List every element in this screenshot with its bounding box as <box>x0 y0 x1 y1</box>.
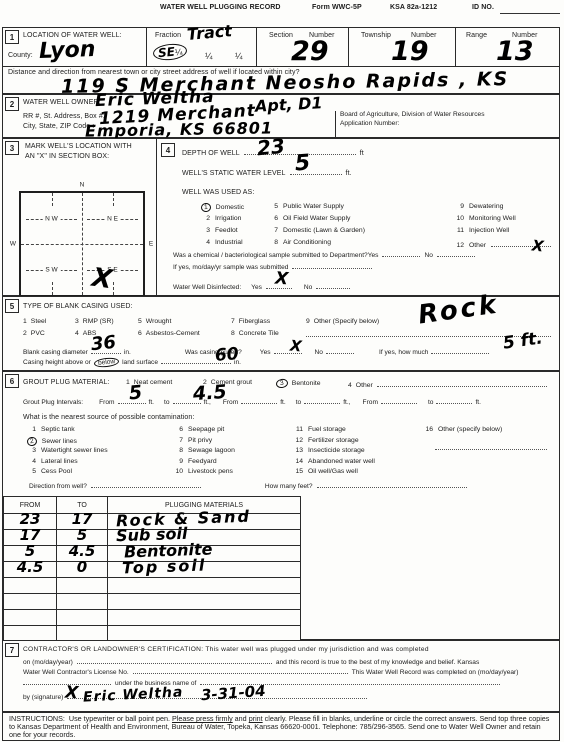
section-3-number-box: 3 <box>5 141 19 155</box>
used-as-label: WELL WAS USED AS: <box>182 189 254 196</box>
section-box-grid: N W N E S W S E N S W E X <box>19 191 145 297</box>
casing-title: TYPE OF BLANK CASING USED: <box>23 303 133 310</box>
grout-bentonite-item: 3Bentonite <box>276 379 321 388</box>
grid-north-label: N <box>77 182 88 189</box>
contamination-label: What is the nearest source of possible c… <box>23 414 194 421</box>
used-public-label: Public Water Supply <box>283 203 344 210</box>
completed-on-label: on (mo/day/year) <box>23 659 73 666</box>
cont-insecticide-label: Insecticide storage <box>308 447 365 454</box>
pulled-no-label: No <box>315 349 323 356</box>
license-no-label: Water Well Contractor's License No. <box>23 669 129 676</box>
interval1-to-label: to <box>164 399 170 406</box>
row3-from: 5 <box>4 544 56 559</box>
distance-row: Distance and direction from nearest town… <box>3 66 559 95</box>
interval2-from-unit: ft. <box>280 399 286 406</box>
casing-pvc-item: 2PVC <box>23 330 45 337</box>
section-7-certification: 7 CONTRACTOR'S OR LANDOWNER'S CERTIFICAT… <box>2 640 560 712</box>
cont-cesspool-number: 5 <box>27 468 36 475</box>
id-no-label: ID NO. <box>472 4 494 11</box>
sample-no-x-mark: X <box>531 238 544 254</box>
fraction-quarter-3: ¼ <box>235 51 243 61</box>
contamination-col3: 11Fuel storage 12Fertilizer storage 13In… <box>291 426 375 479</box>
section-5-casing: 5 TYPE OF BLANK CASING USED: 1Steel 3RMP… <box>2 296 560 371</box>
section-2-number-box: 2 <box>5 97 19 111</box>
interval1-from-unit: ft. <box>149 399 155 406</box>
cont-watertight-number: 3 <box>27 447 36 454</box>
casing-height-line: Casing height above or below land surfac… <box>23 356 241 367</box>
casing-other-value-handwritten: Rock <box>417 291 501 328</box>
used-irrigation-label: Irrigation <box>215 215 241 222</box>
interval3-from-label: From <box>363 399 378 406</box>
section-3-4-row: 3 MARK WELL'S LOCATION WITH AN "X" IN SE… <box>2 138 560 296</box>
casing-diameter-label: Blank casing diameter <box>23 349 88 356</box>
completed-on-dotted <box>77 656 272 664</box>
interval2-to-unit: ft., <box>343 399 350 406</box>
section-6-grout: 6 GROUT PLUG MATERIAL: 1Neat cement 2Cem… <box>2 371 560 640</box>
static-level-line: WELL'S STATIC WATER LEVEL ft. <box>182 167 352 177</box>
grid-west-label: W <box>7 241 19 248</box>
casing-rmp-number: 3 <box>75 318 79 325</box>
fraction-se-circled: SE¼ <box>152 42 188 62</box>
grid-stub-bottom-right <box>113 282 114 295</box>
city-value-handwritten: Emporia, KS 66801 <box>85 120 273 139</box>
row1-from: 23 <box>4 512 56 527</box>
depth-label: DEPTH OF WELL <box>182 150 240 157</box>
grout-other-label: Other <box>356 382 373 389</box>
static-unit: ft. <box>346 170 352 177</box>
disinfected-yes-x-mark: X <box>274 271 288 289</box>
contamination-col2: 6Seepage pit 7Pit privy 8Sewage lagoon 9… <box>173 426 235 479</box>
form-title: WATER WELL PLUGGING RECORD <box>160 4 281 11</box>
if-yes-dotted <box>292 261 372 269</box>
grout-intervals-line: Grout Plug Intervals: From ft. to ft., F… <box>23 396 481 406</box>
certification-line1: CONTRACTOR'S OR LANDOWNER'S CERTIFICATIO… <box>23 646 429 653</box>
county-label: County: <box>8 52 33 59</box>
casing-other-label: Other (Specify below) <box>314 318 379 325</box>
township-cell: Township Number 19 <box>348 28 456 66</box>
casing-other-item: 9Other (Specify below) <box>306 318 379 325</box>
fraction-cell: Fraction Tract SE¼ ¼ ¼ <box>146 28 257 66</box>
casing-height-label-start: Casing height above or <box>23 359 91 366</box>
casing-fiberglass-label: Fiberglass <box>239 318 270 325</box>
interval3-to-label: to <box>428 399 434 406</box>
range-label: Range <box>466 32 487 39</box>
interval1-from-handwritten: 5 <box>128 383 143 403</box>
used-irrigation-number: 2 <box>201 215 210 222</box>
board-block: Board of Agriculture, Division of Water … <box>335 111 560 137</box>
cont-privy-label: Pit privy <box>188 437 212 444</box>
sample-no-dotted <box>437 249 475 257</box>
casing-steel-number: 1 <box>23 318 27 325</box>
cont-sewer-number-circled: 2 <box>26 436 37 446</box>
interval2-to-dotted <box>304 396 340 404</box>
section-value-handwritten: 29 <box>291 38 329 65</box>
casing-wrought-label: Wrought <box>146 318 172 325</box>
county-cell: 1 LOCATION OF WATER WELL: County: Lyon <box>3 28 146 66</box>
signature-x-mark: X <box>64 685 78 703</box>
section-1-number-box: 1 <box>5 30 19 44</box>
used-industrial-number: 4 <box>201 239 210 246</box>
range-cell: Range Number 13 <box>455 28 560 66</box>
disinfected-label: Water Well Disinfected: <box>173 284 241 291</box>
casing-fiberglass-number: 7 <box>231 318 235 325</box>
well-location-x-mark: X <box>90 265 113 294</box>
section-1-location: 1 LOCATION OF WATER WELL: County: Lyon F… <box>2 27 560 94</box>
fraction-se-handwritten: SE <box>157 46 175 60</box>
used-injection-label: Injection Well <box>469 227 509 234</box>
cont-seepage-label: Seepage pit <box>188 426 224 433</box>
casing-other-number: 9 <box>306 318 310 325</box>
casing-asbestos-number: 6 <box>138 330 142 337</box>
contamination-col4: 16Other (specify below) <box>421 426 547 455</box>
row2-to: 5 <box>57 528 107 543</box>
cont-privy-number: 7 <box>173 437 183 444</box>
grout-other-dotted <box>377 379 547 387</box>
cont-septic-label: Septic tank <box>41 426 75 433</box>
contamination-col1: 1Septic tank 2Sewer lines 3Watertight se… <box>27 426 108 479</box>
grout-intervals-label: Grout Plug Intervals: <box>23 399 83 406</box>
township-value-handwritten: 19 <box>391 38 429 65</box>
static-level-label: WELL'S STATIC WATER LEVEL <box>182 170 286 177</box>
interval1-from-label: From <box>99 399 114 406</box>
table-row-empty <box>4 577 300 593</box>
used-monitoring-number: 10 <box>452 215 464 222</box>
section-4-well-data: 4 DEPTH OF WELL ft 23 WELL'S STATIC WATE… <box>156 139 560 295</box>
grout-other-number: 4 <box>348 382 352 389</box>
water-well-plugging-record-form: WATER WELL PLUGGING RECORD Form WWC-5P K… <box>0 0 564 742</box>
direction-line: Direction from well? How many feet? <box>29 480 471 490</box>
form-number: Form WWC-5P <box>312 4 362 11</box>
grid-stub-top-right <box>113 193 114 206</box>
used-as-col2: 5Public Water Supply 6Oil Field Water Su… <box>269 203 365 251</box>
cont-livestock-number: 10 <box>173 468 183 475</box>
used-dewatering-label: Dewatering <box>469 203 503 210</box>
cont-seepage-number: 6 <box>173 426 183 433</box>
fraction-quarter-2: ¼ <box>205 51 213 61</box>
casing-rmp-item: 3RMP (SR) <box>75 318 114 325</box>
mark-location-title-line2: AN "X" IN SECTION BOX: <box>25 153 109 160</box>
static-value-handwritten: 5 <box>294 152 311 175</box>
row4-material: Top soil <box>122 558 207 577</box>
used-lawn-number: 7 <box>269 227 278 234</box>
grout-bentonite-number-circled: 3 <box>275 378 288 389</box>
casing-fiberglass-item: 7Fiberglass <box>231 318 270 325</box>
township-label: Township <box>361 32 391 39</box>
height-value-handwritten: 60 <box>214 346 239 365</box>
pulled-yes-label: Yes <box>260 349 271 356</box>
cont-insecticide-number: 13 <box>291 447 303 454</box>
depth-unit: ft <box>360 150 364 157</box>
cont-other-label: Other (specify below) <box>438 426 502 433</box>
cont-abandoned-label: Abandoned water well <box>308 458 375 465</box>
fraction-quarter-1: ¼ <box>174 47 183 58</box>
city-label: City, State, ZIP Code : <box>23 123 94 130</box>
row1-to: 17 <box>57 512 107 527</box>
disinfected-line: Water Well Disinfected: Yes No <box>173 281 354 291</box>
table-row-empty <box>4 625 300 641</box>
row4-to: 0 <box>57 560 107 575</box>
pulled-yes-x-mark: X <box>289 339 302 355</box>
used-dewatering-number: 9 <box>452 203 464 210</box>
record-true-label: and this record is true to the best of m… <box>276 659 479 666</box>
used-monitoring-label: Monitoring Well <box>469 215 516 222</box>
cont-watertight-label: Watertight sewer lines <box>41 447 108 454</box>
board-label: Board of Agriculture, Division of Water … <box>340 111 560 118</box>
casing-steel-item: 1Steel <box>23 318 46 325</box>
used-feedlot-label: Feedlot <box>215 227 238 234</box>
range-value-handwritten: 13 <box>496 38 534 65</box>
grout-title: GROUT PLUG MATERIAL: <box>23 379 110 386</box>
casing-wrought-number: 5 <box>138 318 142 325</box>
used-aircond-number: 8 <box>269 239 278 246</box>
cont-oilwell-number: 15 <box>291 468 303 475</box>
cont-lagoon-label: Sewage lagoon <box>188 447 235 454</box>
license-no-dotted <box>133 666 348 674</box>
disinfected-yes-label: Yes <box>251 284 262 291</box>
used-aircond-label: Air Conditioning <box>283 239 331 246</box>
signature-name-handwritten: Eric Weltha <box>83 685 184 704</box>
grid-east-label: E <box>146 241 156 248</box>
used-oilfield-number: 6 <box>269 215 278 222</box>
if-yes-label: If yes, mo/day/yr sample was submitted <box>173 264 288 271</box>
used-oilfield-label: Oil Field Water Supply <box>283 215 350 222</box>
direction-label: Direction from well? <box>29 483 87 490</box>
cont-fertilizer-label: Fertilizer storage <box>308 437 359 444</box>
cont-lateral-label: Lateral lines <box>41 458 78 465</box>
used-public-number: 5 <box>269 203 278 210</box>
cont-cesspool-label: Cess Pool <box>41 468 72 475</box>
how-much-label: If yes, how much <box>379 349 428 356</box>
casing-height-label-end: land surface <box>122 359 158 366</box>
record-completed-label: This Water Well Record was completed on … <box>352 669 519 676</box>
interval2-to-label: to <box>296 399 302 406</box>
interval3-from-dotted <box>381 396 417 404</box>
interval2-from-dotted <box>241 396 277 404</box>
depth-value-handwritten: 23 <box>256 136 286 159</box>
used-as-col1: 1Domestic 2Irrigation 3Feedlot 4Industri… <box>201 203 244 251</box>
cont-lateral-number: 4 <box>27 458 36 465</box>
table-row-empty <box>4 609 300 625</box>
statute-number: KSA 82a-1212 <box>390 4 437 11</box>
instructions-box: INSTRUCTIONS: Use typewriter or ball poi… <box>2 712 560 741</box>
cont-fuel-number: 11 <box>291 426 303 433</box>
cont-other-dotted <box>435 442 547 450</box>
sample-question-label: Was a chemical / bacteriological sample … <box>173 252 378 259</box>
interval1-to-handwritten: 4.5 <box>192 383 227 404</box>
casing-concrete-item: 8Concrete Tile <box>231 330 279 337</box>
row4-from: 4.5 <box>4 560 56 575</box>
cont-lagoon-number: 8 <box>173 447 183 454</box>
how-much-dotted <box>431 346 489 354</box>
section-7-number-box: 7 <box>5 643 19 657</box>
grid-stub-top-left <box>52 193 53 206</box>
sample-yes-dotted <box>382 249 420 257</box>
used-lawn-label: Domestic (Lawn & Garden) <box>283 227 365 234</box>
used-domestic-number-circled: 1 <box>201 203 211 213</box>
id-no-line <box>500 5 560 14</box>
how-much-value-handwritten: 5 ft. <box>502 330 544 352</box>
fraction-value-handwritten: Tract <box>186 23 232 43</box>
section-label: Section <box>269 32 293 39</box>
cont-other-number: 16 <box>421 426 433 433</box>
cont-oilwell-label: Oil well/Gas well <box>308 468 358 475</box>
used-other-number: 12 <box>452 242 464 249</box>
diameter-unit: in. <box>124 349 131 356</box>
cont-livestock-label: Livestock pens <box>188 468 233 475</box>
grout-other-item: 4Other <box>348 379 547 389</box>
direction-dotted <box>91 480 201 488</box>
sample-no-label: No <box>424 252 432 259</box>
grid-sw-label: S W <box>42 266 60 273</box>
table-row-empty <box>4 593 300 609</box>
owner-label: WATER WELL OWNER: <box>23 99 101 106</box>
table-row: 4.5 0 Top soil <box>4 561 300 577</box>
row2-from: 17 <box>4 528 56 543</box>
casing-height-below-circled: below <box>98 358 116 367</box>
casing-asbestos-item: 6Asbestos-Cement <box>138 330 200 337</box>
casing-wrought-item: 5Wrought <box>138 318 171 325</box>
mark-location-title-line1: MARK WELL'S LOCATION WITH <box>25 143 132 150</box>
section-2-owner: 2 WATER WELL OWNER: RR #, St. Address, B… <box>2 94 560 138</box>
pulled-no-dotted <box>326 346 354 354</box>
fraction-label: Fraction <box>155 32 181 39</box>
signature-label: by (signature) <box>23 694 63 701</box>
how-many-feet-label: How many feet? <box>265 483 313 490</box>
casing-abs-number: 4 <box>75 330 79 337</box>
used-industrial-label: Industrial <box>215 239 243 246</box>
sample-question-line: Was a chemical / bacteriological sample … <box>173 249 479 259</box>
used-feedlot-number: 3 <box>201 227 210 234</box>
section-3-mark-location: 3 MARK WELL'S LOCATION WITH AN "X" IN SE… <box>3 139 156 295</box>
grid-ne-label: N E <box>104 215 121 222</box>
cont-fuel-label: Fuel storage <box>308 426 346 433</box>
grout-bentonite-label: Bentonite <box>292 380 321 387</box>
grid-center-horizontal-line <box>21 244 143 245</box>
owner-apt-handwritten: Apt, D1 <box>255 95 323 115</box>
county-value-handwritten: Lyon <box>39 39 96 63</box>
cont-sewer-label: Sewer lines <box>42 438 77 445</box>
cont-feedyard-number: 9 <box>173 458 183 465</box>
cont-septic-number: 1 <box>27 426 36 433</box>
certification-line2: on (mo/day/year) and this record is true… <box>23 656 479 666</box>
cont-abandoned-number: 14 <box>291 458 303 465</box>
section-5-number-box: 5 <box>5 299 19 313</box>
address-label: RR #, St. Address, Box #: <box>23 113 105 120</box>
section-4-number-box: 4 <box>161 143 175 157</box>
how-many-feet-dotted <box>317 480 467 488</box>
grid-nw-label: N W <box>42 215 61 222</box>
certification-line3: Water Well Contractor's License No. This… <box>23 666 518 676</box>
cont-feedyard-label: Feedyard <box>188 458 217 465</box>
disinfected-no-dotted <box>316 281 350 289</box>
interval3-to-unit: ft. <box>475 399 481 406</box>
cont-fertilizer-number: 12 <box>291 437 303 444</box>
casing-steel-label: Steel <box>31 318 47 325</box>
casing-pvc-label: PVC <box>31 330 45 337</box>
diameter-value-handwritten: 36 <box>90 334 117 355</box>
row3-to: 4.5 <box>57 544 107 559</box>
casing-rmp-label: RMP (SR) <box>83 318 114 325</box>
used-injection-number: 11 <box>452 227 464 234</box>
grid-stub-bottom-left <box>52 282 53 295</box>
casing-asbestos-label: Asbestos-Cement <box>146 330 200 337</box>
casing-concrete-label: Concrete Tile <box>239 330 279 337</box>
section-6-number-box: 6 <box>5 374 19 388</box>
used-other-label: Other <box>469 242 486 249</box>
casing-concrete-number: 8 <box>231 330 235 337</box>
section-number-cell: Section Number 29 <box>256 28 349 66</box>
application-number-label: Application Number: <box>340 120 560 127</box>
plugging-table: FROM TO PLUGGING MATERIALS 23 17 Rock & … <box>3 496 301 642</box>
interval3-to-dotted <box>436 396 472 404</box>
casing-pvc-number: 2 <box>23 330 27 337</box>
disinfected-no-label: No <box>304 284 312 291</box>
used-domestic-label: Domestic <box>216 204 244 211</box>
signature-date-handwritten: 3-31-04 <box>201 684 267 703</box>
